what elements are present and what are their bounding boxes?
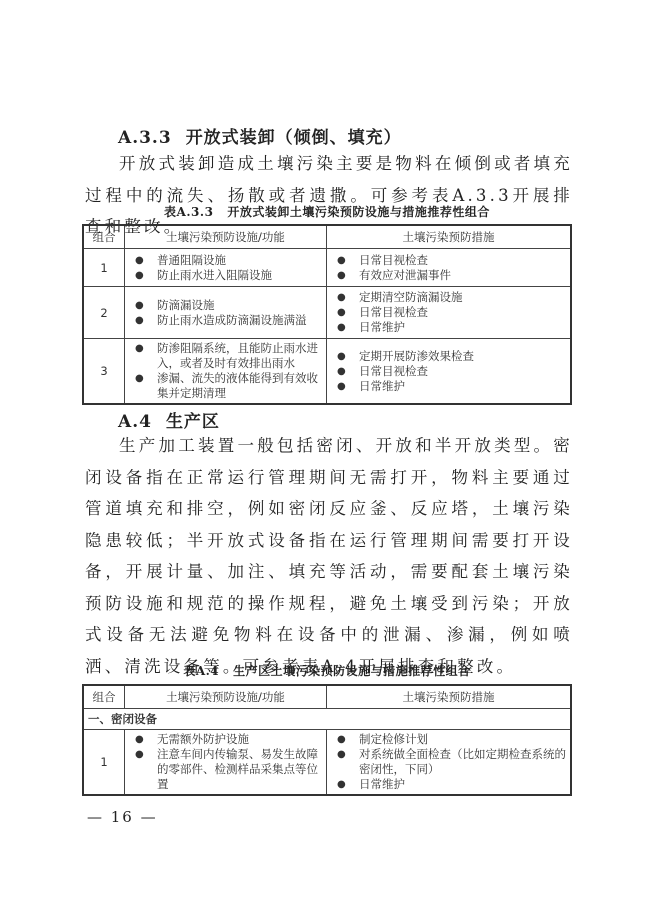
- section-title: 开放式装卸（倾倒、填充）: [186, 128, 402, 148]
- list-item: 防止雨水造成防滴漏设施满溢: [129, 313, 322, 328]
- paragraph-a4: 生产加工装置一般包括密闭、开放和半开放类型。密闭设备指在正常运行管理期间无需打开…: [85, 430, 573, 682]
- table-a33: 组合 土壤污染预防设施/功能 土壤污染预防措施 1 普通阻隔设施 防止雨水进入阻…: [82, 224, 572, 405]
- list-item: 无需额外防护设施: [129, 732, 322, 747]
- table-caption-a4: 表A.4生产区土壤污染预防设施与措施推荐性组合: [82, 662, 572, 679]
- list-item: 防滴漏设施: [129, 298, 322, 313]
- table-row: 1 普通阻隔设施 防止雨水进入阻隔设施 日常目视检查 有效应对泄漏事件: [83, 249, 571, 287]
- table-header-row: 组合 土壤污染预防设施/功能 土壤污染预防措施: [83, 685, 571, 709]
- table-row: 3 防渗阻隔系统，且能防止雨水进入，或者及时有效排出雨水 渗漏、流失的液体能得到…: [83, 339, 571, 405]
- header-combo: 组合: [83, 225, 125, 249]
- list-item: 日常维护: [331, 320, 566, 335]
- table-caption-a33: 表A.3.3开放式装卸土壤污染预防设施与措施推荐性组合: [82, 203, 572, 220]
- measures-cell: 定期开展防渗效果检查 日常目视检查 日常维护: [327, 339, 572, 405]
- header-measures: 土壤污染预防措施: [327, 225, 572, 249]
- list-item: 对系统做全面检查（比如定期检查系统的密闭性，下同）: [331, 747, 566, 777]
- measures-cell: 制定检修计划 对系统做全面检查（比如定期检查系统的密闭性，下同） 日常维护: [327, 730, 572, 796]
- page-number: — 16 —: [87, 808, 158, 826]
- list-item: 日常目视检查: [331, 305, 566, 320]
- section-heading-a33: A.3.3开放式装卸（倾倒、填充）: [118, 123, 402, 148]
- facilities-cell: 防渗阻隔系统，且能防止雨水进入，或者及时有效排出雨水 渗漏、流失的液体能得到有效…: [125, 339, 327, 405]
- list-item: 防止雨水进入阻隔设施: [129, 268, 322, 283]
- list-item: 日常维护: [331, 777, 566, 792]
- header-facilities: 土壤污染预防设施/功能: [125, 685, 327, 709]
- caption-number: 表A.3.3: [164, 205, 213, 219]
- list-item: 日常目视检查: [331, 253, 566, 268]
- list-item: 日常维护: [331, 379, 566, 394]
- section-row-label: 一、密闭设备: [83, 709, 571, 730]
- caption-title: 生产区土壤污染预防设施与措施推荐性组合: [233, 664, 471, 678]
- measures-cell: 定期清空防滴漏设施 日常目视检查 日常维护: [327, 287, 572, 339]
- caption-title: 开放式装卸土壤污染预防设施与措施推荐性组合: [227, 205, 490, 219]
- header-measures: 土壤污染预防措施: [327, 685, 572, 709]
- row-index: 2: [83, 287, 125, 339]
- row-index: 1: [83, 730, 125, 796]
- list-item: 制定检修计划: [331, 732, 566, 747]
- paragraph-text: 生产加工装置一般包括密闭、开放和半开放类型。密闭设备指在正常运行管理期间无需打开…: [85, 436, 573, 676]
- table-row: 2 防滴漏设施 防止雨水造成防滴漏设施满溢 定期清空防滴漏设施 日常目视检查 日…: [83, 287, 571, 339]
- list-item: 定期开展防渗效果检查: [331, 349, 566, 364]
- table-row: 1 无需额外防护设施 注意车间内传输泵、易发生故障的零部件、检测样品采集点等位置…: [83, 730, 571, 796]
- header-combo: 组合: [83, 685, 125, 709]
- list-item: 定期清空防滴漏设施: [331, 290, 566, 305]
- list-item: 注意车间内传输泵、易发生故障的零部件、检测样品采集点等位置: [129, 747, 322, 792]
- facilities-cell: 防滴漏设施 防止雨水造成防滴漏设施满溢: [125, 287, 327, 339]
- facilities-cell: 无需额外防护设施 注意车间内传输泵、易发生故障的零部件、检测样品采集点等位置: [125, 730, 327, 796]
- caption-number: 表A.4: [183, 664, 219, 678]
- table-section-row: 一、密闭设备: [83, 709, 571, 730]
- section-heading-a4: A.4生产区: [118, 407, 220, 432]
- row-index: 1: [83, 249, 125, 287]
- table-a4: 组合 土壤污染预防设施/功能 土壤污染预防措施 一、密闭设备 1 无需额外防护设…: [82, 684, 572, 796]
- header-facilities: 土壤污染预防设施/功能: [125, 225, 327, 249]
- list-item: 防渗阻隔系统，且能防止雨水进入，或者及时有效排出雨水: [129, 341, 322, 371]
- section-number: A.4: [118, 412, 152, 432]
- facilities-cell: 普通阻隔设施 防止雨水进入阻隔设施: [125, 249, 327, 287]
- section-number: A.3.3: [118, 128, 172, 148]
- row-index: 3: [83, 339, 125, 405]
- list-item: 有效应对泄漏事件: [331, 268, 566, 283]
- list-item: 普通阻隔设施: [129, 253, 322, 268]
- measures-cell: 日常目视检查 有效应对泄漏事件: [327, 249, 572, 287]
- section-title: 生产区: [166, 412, 220, 432]
- table-header-row: 组合 土壤污染预防设施/功能 土壤污染预防措施: [83, 225, 571, 249]
- list-item: 渗漏、流失的液体能得到有效收集并定期清理: [129, 371, 322, 401]
- list-item: 日常目视检查: [331, 364, 566, 379]
